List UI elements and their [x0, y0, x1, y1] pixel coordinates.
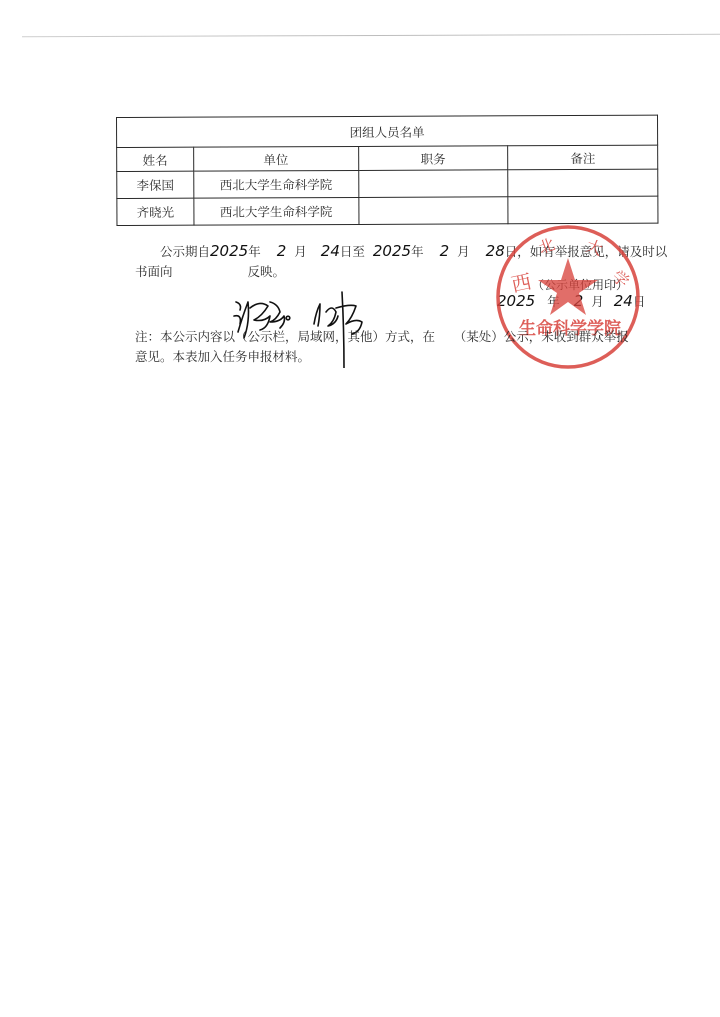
team-roster-table: 团组人员名单 姓名 单位 职务 备注 李保国 西北大学生命科学院 齐晓光 西北大…	[116, 115, 658, 226]
note-line-2: 意见。本表加入任务申报材料。	[135, 347, 310, 365]
notice-prefix: 公示期自	[160, 244, 210, 259]
header-unit: 单位	[193, 146, 358, 171]
start-day-handwritten: 24	[321, 242, 340, 260]
cell-unit: 西北大学生命科学院	[194, 197, 359, 225]
table-row: 李保国 西北大学生命科学院	[117, 169, 658, 198]
notice-suffix: 日，如有举报意见，请及时以	[505, 244, 668, 259]
stamp-day-handwritten: 24	[614, 292, 633, 310]
stamp-month-handwritten: 2	[574, 292, 584, 310]
page-top-rule	[22, 34, 720, 37]
month-char: 月	[294, 244, 307, 259]
start-year-handwritten: 2025	[210, 242, 248, 260]
month-char: 月	[457, 244, 470, 259]
cell-remarks	[508, 196, 658, 224]
cell-unit: 西北大学生命科学院	[194, 170, 359, 198]
year-char: 年	[248, 244, 261, 259]
year-char: 年	[411, 244, 424, 259]
day-char: 日	[633, 294, 646, 309]
to-text: 日至	[340, 244, 365, 259]
cell-name: 李保国	[117, 171, 194, 198]
stamp-year-handwritten: 2025	[497, 292, 535, 310]
cell-name: 齐晓光	[117, 198, 194, 225]
cell-remarks	[508, 169, 658, 197]
cell-position	[358, 197, 508, 225]
end-year-handwritten: 2025	[373, 242, 411, 260]
notice-line-2: 书面向反映。	[135, 262, 285, 280]
header-name: 姓名	[117, 147, 194, 171]
header-remarks: 备注	[508, 145, 658, 170]
table-row: 齐晓光 西北大学生命科学院	[117, 196, 658, 225]
table-title: 团组人员名单	[117, 115, 658, 147]
end-day-handwritten: 28	[486, 242, 505, 260]
stamp-date: 2025年2月24日	[497, 292, 645, 310]
notice-line2-suffix: 反映。	[248, 264, 286, 279]
month-char: 月	[591, 294, 604, 309]
start-month-handwritten: 2	[277, 242, 287, 260]
team-roster-table-wrapper: 团组人员名单 姓名 单位 职务 备注 李保国 西北大学生命科学院 齐晓光 西北大…	[116, 115, 658, 226]
header-position: 职务	[358, 146, 508, 171]
end-month-handwritten: 2	[440, 242, 450, 260]
table-header-row: 姓名 单位 职务 备注	[117, 145, 658, 171]
notice-line-1: 公示期自2025年2月24日至2025年2月28日，如有举报意见，请及时以	[160, 242, 667, 260]
note-line-1: 注：本公示内容以（公示栏，局域网，其他）方式，在 （某处）公示，未收到群众举报	[135, 327, 629, 345]
stamp-caption: （公示单位用印）	[532, 276, 628, 293]
year-char: 年	[547, 294, 560, 309]
notice-line2-prefix: 书面向	[135, 264, 173, 279]
cell-position	[358, 170, 508, 198]
